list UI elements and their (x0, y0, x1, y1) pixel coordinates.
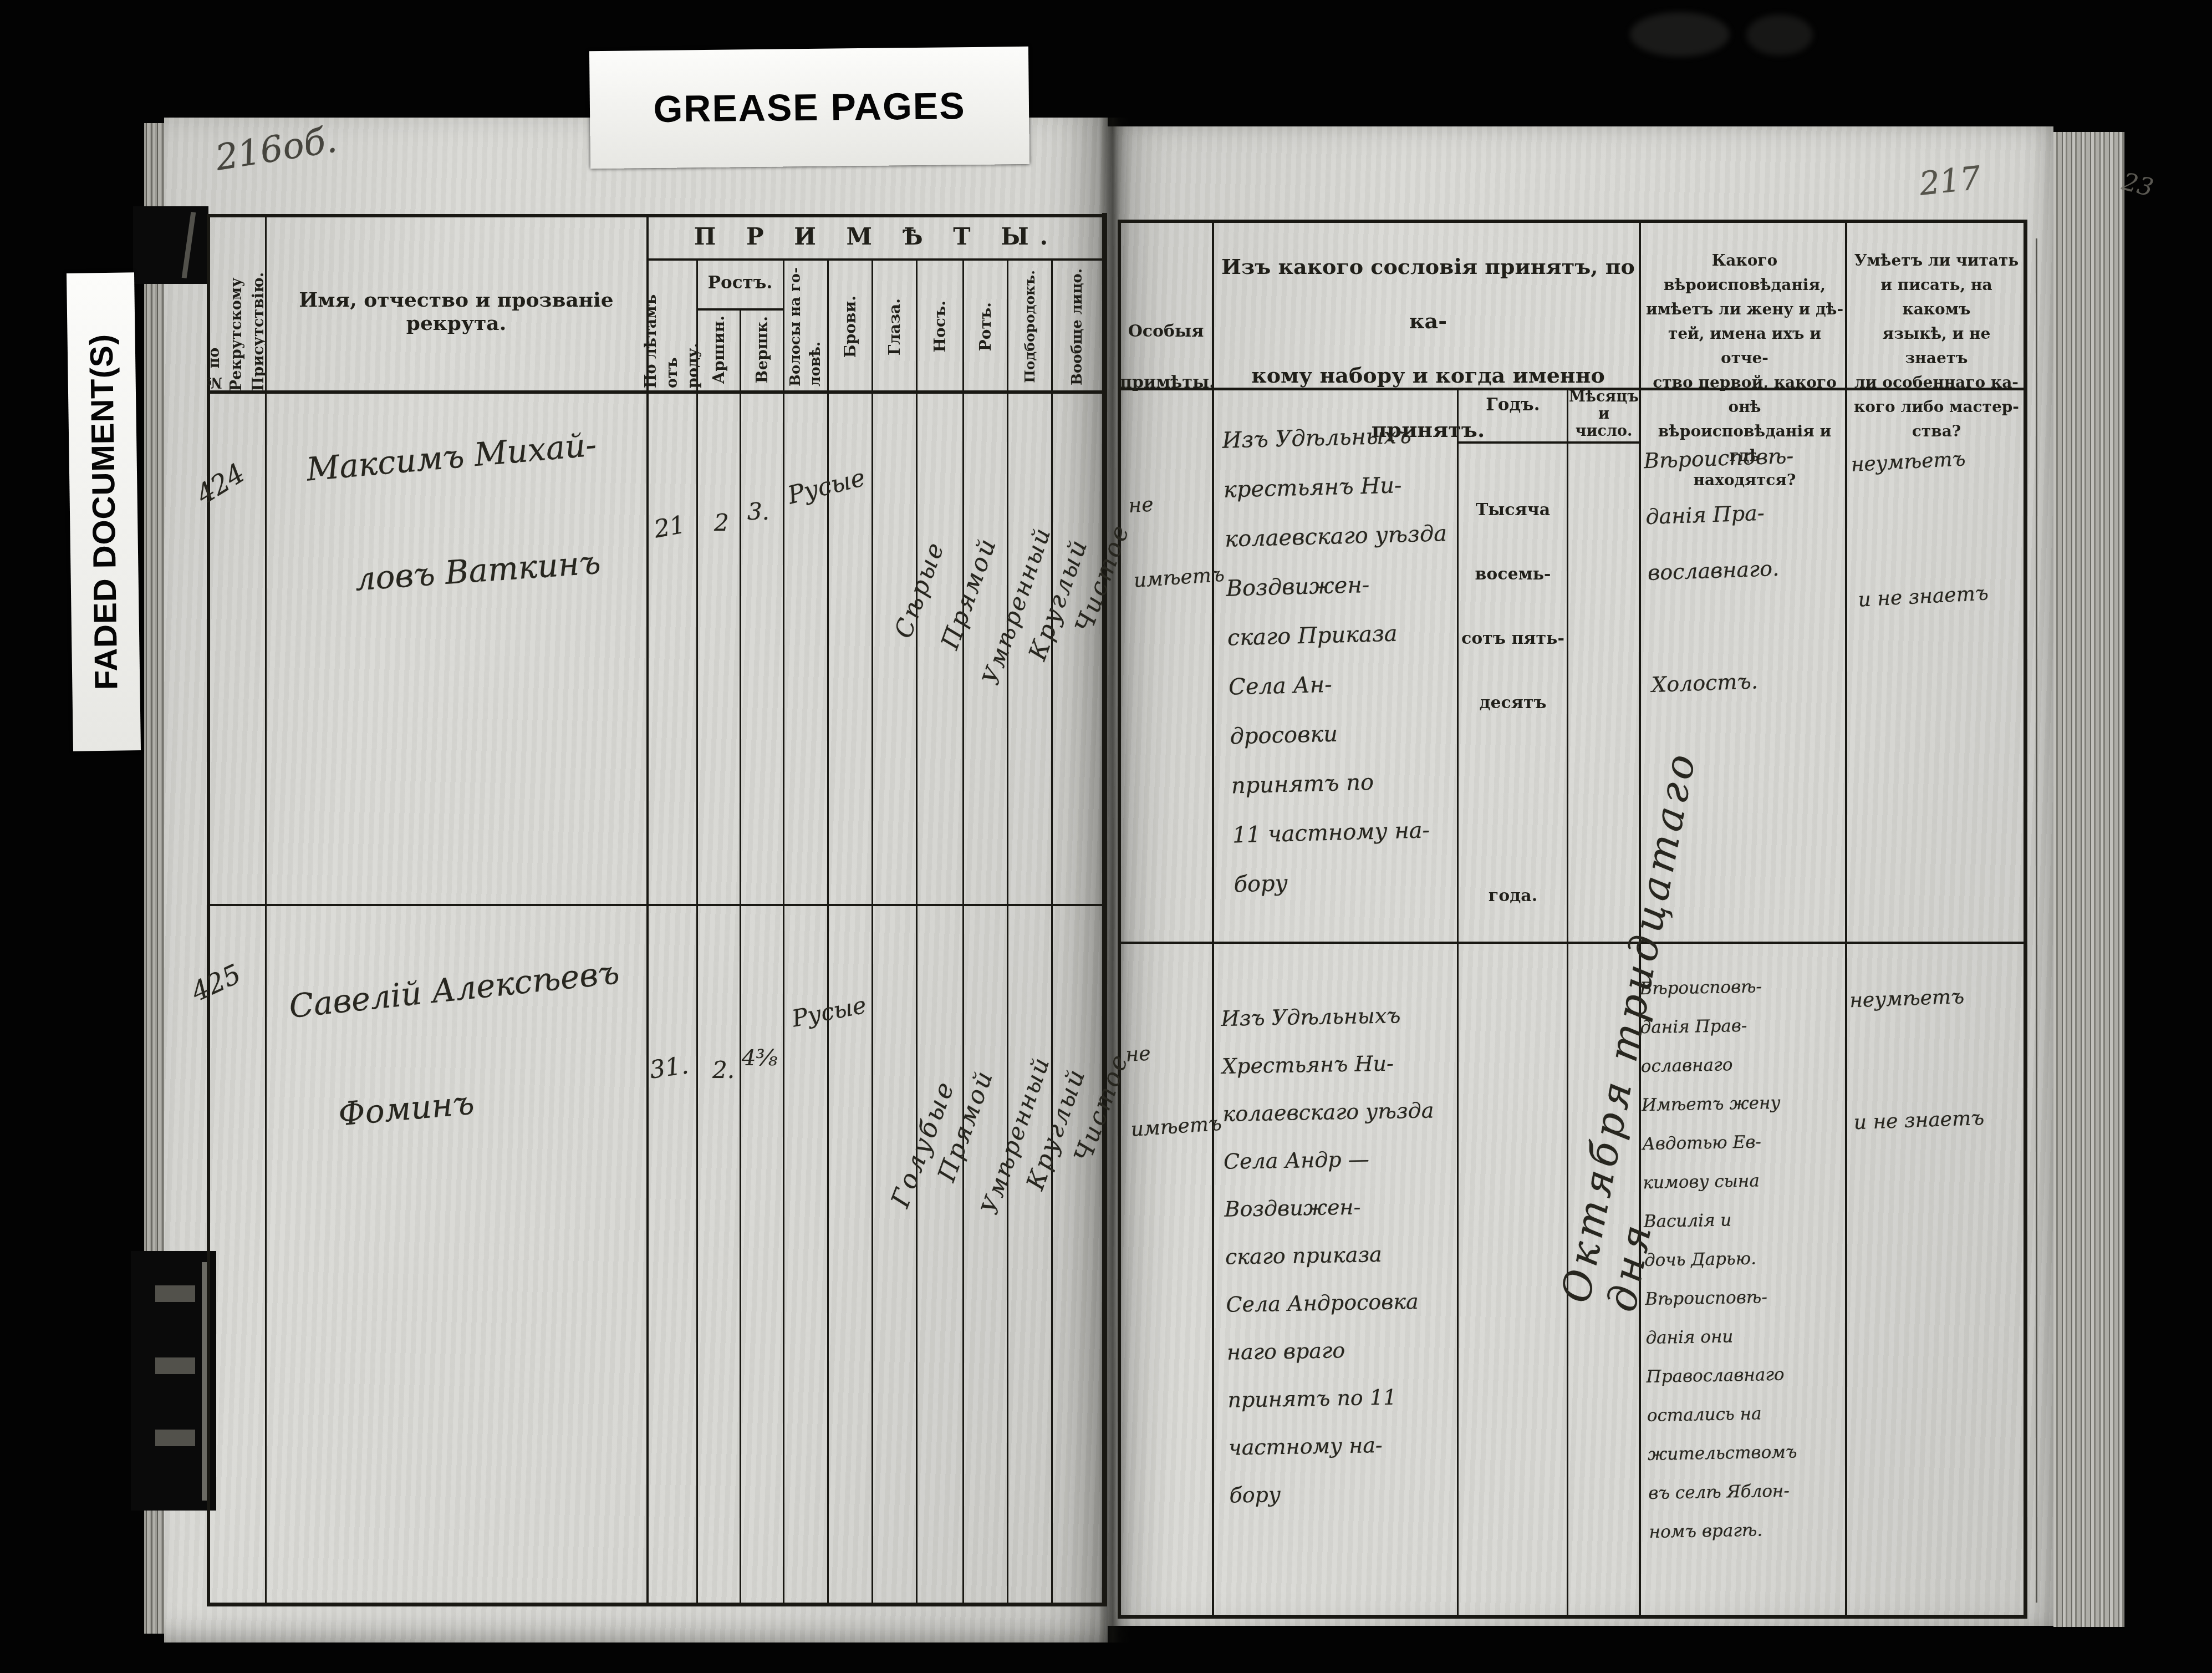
table-rule (646, 215, 649, 1603)
row-424-literacy-entry: неумѣетъ и не знаетъ (1849, 423, 2026, 634)
row-424-soslovie-entry: Изъ Удѣльныхъ крестьянъ Ни- колаевскаго … (1221, 410, 1472, 910)
table-rule (648, 258, 1106, 261)
table-rule (1007, 260, 1008, 1603)
row-425-soslovie-entry: Изъ Удѣльныхъ Хрестьянъ Ни- колаевскаго … (1221, 990, 1474, 1519)
table-rule (265, 215, 267, 1603)
header-year: Годъ. (1458, 395, 1568, 415)
row-424-vershok: 3. (747, 498, 769, 525)
header-rost: Ростъ. (697, 273, 783, 293)
header-face: Вообще лицо. (1052, 265, 1102, 388)
grease-pages-text: GREASE PAGES (653, 84, 966, 131)
table-rule (827, 260, 829, 1603)
header-arshin: Аршин. (697, 313, 740, 387)
faded-documents-label: FADED DOCUMENT(S) (67, 272, 141, 751)
top-clamp (133, 206, 208, 284)
faded-documents-text: FADED DOCUMENT(S) (83, 334, 125, 690)
table-rule (962, 260, 964, 1603)
folio-right: 217 (1918, 159, 1982, 202)
scanned-register-spread: GREASE PAGES FADED DOCUMENT(S) 216об. 21… (0, 0, 2212, 1673)
header-literacy: Умѣетъ ли читать и писать, на какомъ язы… (1851, 248, 2022, 444)
row-425-religion-entry: Вѣроисповѣ- данія Прав- ославнаго Имѣетъ… (1639, 966, 1847, 1552)
row-424-age: 21 (652, 511, 687, 544)
header-brows: Брови. (828, 265, 871, 388)
edge-scribble: 23 (2119, 167, 2157, 202)
row-424-arshin: 2 (714, 509, 729, 536)
row-425-age: 31. (648, 1051, 690, 1084)
row-425-arshin: 2. (712, 1056, 735, 1084)
table-rule (740, 309, 741, 1603)
bottom-clamp (131, 1251, 216, 1511)
header-vershok: Вершк. (741, 313, 783, 387)
table-rule (1845, 220, 1847, 1619)
table-rule (916, 260, 918, 1603)
header-eyes: Глаза. (873, 265, 916, 388)
table-rule (207, 214, 210, 1606)
header-nose: Носъ. (917, 265, 962, 388)
table-rule (1051, 260, 1053, 1603)
table-rule (1212, 220, 1214, 1619)
grease-pages-label: GREASE PAGES (589, 47, 1029, 169)
table-rule (1119, 220, 2026, 223)
row-424-special-marks: не имѣетъ (1126, 463, 1219, 618)
header-primety: П Р И М Ѣ Т Ы. (648, 223, 1105, 250)
table-rule (1567, 388, 1568, 1617)
table-rule (696, 260, 698, 1603)
table-rule (208, 390, 1106, 394)
row-425-literacy-entry: неумѣетъ и не знаетъ (1848, 965, 2021, 1153)
header-chin: Подбородокъ. (1008, 265, 1051, 388)
row-425-vershok: 4⅜ (742, 1045, 777, 1071)
table-rule (208, 214, 1106, 217)
header-name: Имя, отчество и прозваніе рекрута. (266, 288, 646, 335)
table-rule (783, 260, 784, 1603)
header-recruit-number: № по Рекрутскому Присутствію. (210, 230, 263, 391)
printed-year-column: Тысяча восемь- сотъ пять- десятъ года. (1459, 478, 1567, 928)
right-page-edge-stack (2053, 132, 2124, 1627)
faint-stamp (1630, 12, 1730, 57)
header-special-marks: Особыя примѣты. (1120, 306, 1212, 408)
table-rule (1118, 220, 1121, 1619)
table-rule (871, 260, 873, 1603)
header-age: По лѣтамъ отъ роду. (649, 265, 696, 388)
faint-stamp (1746, 14, 1813, 55)
header-month-day: Мѣсяцъ и число. (1569, 388, 1639, 440)
table-rule (1102, 213, 1107, 1606)
header-hair: Волосы на го- ловѣ. (784, 265, 827, 388)
table-rule (1119, 942, 2026, 944)
table-rule (208, 904, 1106, 906)
table-rule (2036, 238, 2037, 1603)
table-rule (208, 1603, 1106, 1606)
row-425-special-marks: не имѣетъ (1123, 1012, 1216, 1167)
table-rule (1119, 1615, 2026, 1619)
table-rule (2024, 220, 2027, 1619)
header-mouth: Ротъ. (964, 265, 1007, 388)
